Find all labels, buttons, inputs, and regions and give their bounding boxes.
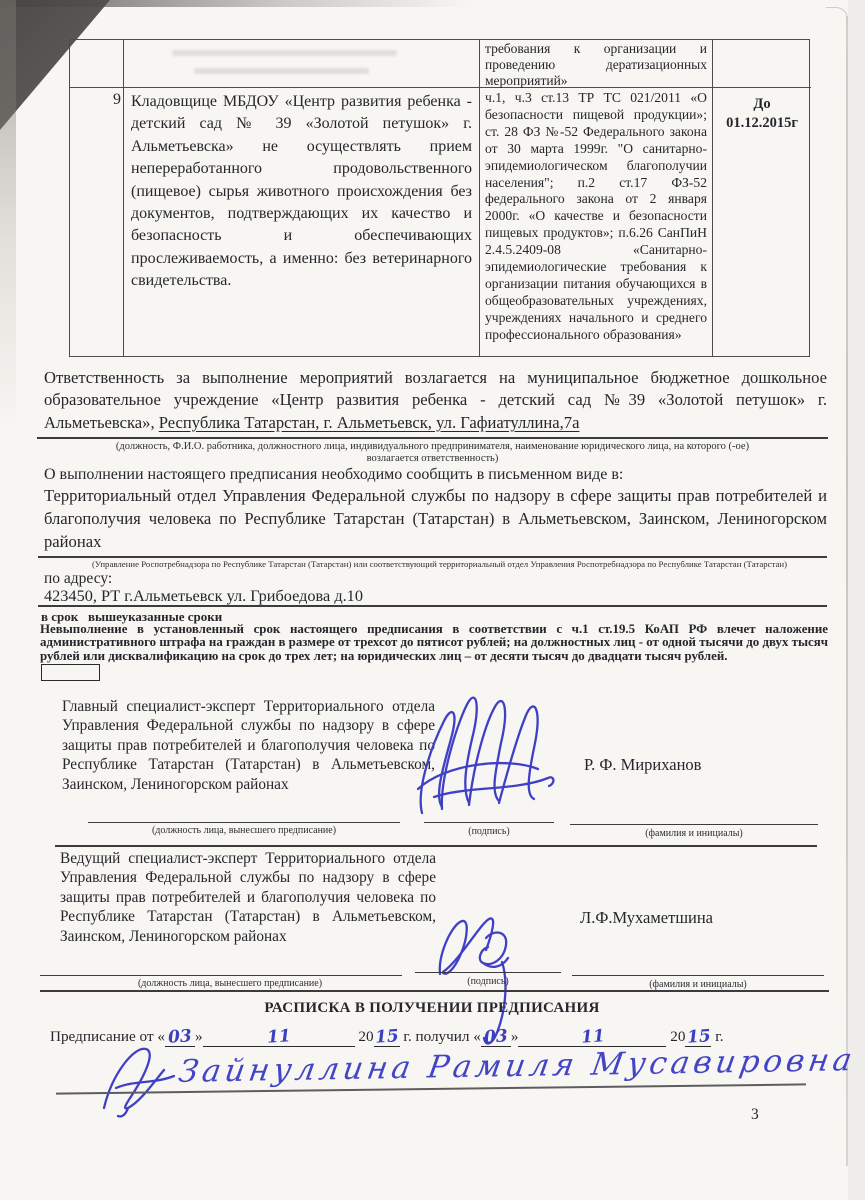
receipt-signature-flourish	[92, 1040, 184, 1118]
table-cell-empty-num	[70, 40, 124, 88]
divider-line	[38, 556, 827, 558]
receipt-century1: 20	[358, 1028, 373, 1045]
signer1-position: Главный специалист-эксперт Территориальн…	[62, 697, 435, 794]
signer1-name: Р. Ф. Мириханов	[584, 755, 701, 775]
receipt-month2-handwritten: 11	[580, 1026, 605, 1048]
scanned-document-page: требования к организации и проведению де…	[0, 0, 865, 1200]
bleedthrough-artifact	[172, 50, 397, 56]
address-value: 423450, РТ г.Альметьевск ул. Грибоедова …	[44, 586, 363, 606]
scan-left-shadow	[0, 0, 16, 430]
divider-line	[38, 605, 827, 607]
table-cell-basis-continuation: требования к организации и проведению де…	[480, 40, 713, 88]
deadline-date: 01.12.2015г	[718, 114, 806, 133]
responsible-entity-address: Республика Татарстан, г. Альметьевск, ул…	[159, 413, 580, 432]
notify-intro: О выполнении настоящего предписания необ…	[44, 466, 623, 484]
section-divider-line	[55, 845, 817, 847]
signer2-name: Л.Ф.Мухаметшина	[580, 908, 713, 928]
scan-top-shadow	[0, 0, 470, 7]
page-edge-line	[846, 16, 848, 1166]
table-cell-empty-violation	[124, 40, 480, 88]
signature-line	[570, 824, 818, 825]
receipt-end: г.	[715, 1028, 723, 1045]
signer2-name-caption: (фамилия и инициалы)	[572, 979, 824, 991]
receipt-title: РАСПИСКА В ПОЛУЧЕНИИ ПРЕДПИСАНИЯ	[52, 1000, 812, 1017]
penalty-paragraph: Невыполнение в установленный срок настоя…	[40, 623, 828, 663]
bottom-divider-line	[40, 990, 829, 992]
receipt-mid: г. получил «	[403, 1028, 481, 1045]
responsibility-caption: (должность, Ф.И.О. работника, должностно…	[40, 441, 825, 464]
signer1-position-caption: (должность лица, вынесшего предписание)	[88, 825, 400, 837]
deadline-prefix: До	[718, 95, 806, 114]
signer1-sign-caption: (подпись)	[424, 826, 554, 838]
page-edge-corner	[826, 7, 848, 24]
table-cell-empty-deadline	[713, 40, 811, 88]
signature-line	[572, 975, 824, 976]
signature-line	[40, 975, 402, 976]
receipt-quote: »	[195, 1028, 203, 1045]
signature-line	[88, 822, 400, 823]
receipt-year1-handwritten: 15	[374, 1026, 399, 1048]
table-cell-violation: Кладовщице МБДОУ «Центр развития ребенка…	[124, 88, 480, 356]
bleedthrough-artifact	[194, 68, 369, 74]
receipt-handwritten-name: Зайнуллина Рамиля Мусавировна	[176, 1042, 858, 1090]
notify-office-caption: (Управление Роспотребнадзора по Республи…	[52, 559, 827, 571]
table-cell-legal-basis: ч.1, ч.3 ст.13 ТР ТС 021/2011 «О безопас…	[480, 88, 713, 356]
scan-right-margin	[848, 0, 865, 1200]
signature1-ink	[412, 693, 562, 825]
caption-line: (должность, Ф.И.О. работника, должностно…	[40, 441, 825, 453]
receipt-quote: »	[511, 1028, 519, 1045]
responsibility-paragraph: Ответственность за выполнение мероприяти…	[44, 367, 827, 434]
caption-line: возлагается ответственность)	[40, 453, 825, 465]
notify-office: Территориальный отдел Управления Федерал…	[44, 484, 827, 553]
signer2-sign-caption: (подпись)	[415, 976, 561, 988]
table-cell-deadline: До 01.12.2015г	[713, 88, 811, 356]
divider-line	[37, 437, 828, 439]
signature-line	[424, 822, 554, 823]
signer2-position: Ведущий специалист-эксперт Территориальн…	[60, 849, 436, 946]
violations-table: требования к организации и проведению де…	[69, 39, 810, 357]
table-cell-row-number: 9	[70, 88, 124, 356]
receipt-month1-handwritten: 11	[266, 1026, 291, 1048]
receipt-day2-handwritten: 03	[483, 1026, 508, 1048]
receipt-century2: 20	[670, 1028, 685, 1045]
empty-checkbox	[41, 664, 100, 681]
signer1-name-caption: (фамилия и инициалы)	[570, 828, 818, 840]
page-number: 3	[751, 1106, 759, 1124]
signature-line	[415, 972, 561, 973]
signer2-position-caption: (должность лица, вынесшего предписание)	[60, 978, 400, 990]
